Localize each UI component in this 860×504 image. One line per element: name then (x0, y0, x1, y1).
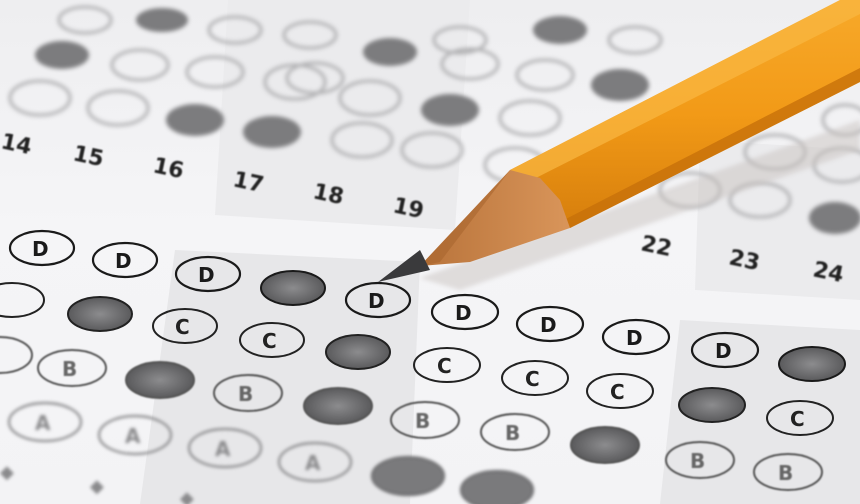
svg-text:D: D (540, 313, 557, 337)
svg-text:A: A (35, 411, 51, 435)
svg-text:◆: ◆ (0, 462, 14, 483)
svg-text:B: B (62, 357, 77, 381)
svg-text:D: D (368, 289, 385, 313)
svg-text:◆: ◆ (180, 488, 194, 504)
svg-text:C: C (525, 367, 540, 391)
svg-text:D: D (715, 339, 732, 363)
svg-text:B: B (778, 461, 793, 485)
svg-text:◆: ◆ (90, 476, 104, 497)
svg-text:16: 16 (151, 153, 186, 184)
svg-text:C: C (437, 354, 452, 378)
svg-text:B: B (690, 449, 705, 473)
svg-text:B: B (238, 382, 253, 406)
svg-text:B: B (415, 409, 430, 433)
svg-text:C: C (610, 380, 625, 404)
svg-text:14: 14 (0, 129, 34, 160)
svg-text:C: C (262, 329, 277, 353)
answer-sheet-illustration: 14 15 16 17 18 19 22 23 24 (0, 0, 860, 504)
svg-text:C: C (790, 407, 805, 431)
svg-text:A: A (125, 424, 141, 448)
svg-text:A: A (215, 437, 231, 461)
svg-text:B: B (505, 421, 520, 445)
svg-text:15: 15 (71, 141, 106, 172)
answer-sheet-photo: 14 15 16 17 18 19 22 23 24 (0, 0, 860, 504)
svg-text:D: D (455, 301, 472, 325)
svg-text:C: C (175, 315, 190, 339)
svg-text:A: A (305, 451, 321, 475)
svg-text:D: D (32, 237, 49, 261)
svg-text:D: D (626, 326, 643, 350)
svg-text:D: D (198, 263, 215, 287)
svg-text:D: D (115, 249, 132, 273)
svg-text:22: 22 (639, 231, 674, 262)
